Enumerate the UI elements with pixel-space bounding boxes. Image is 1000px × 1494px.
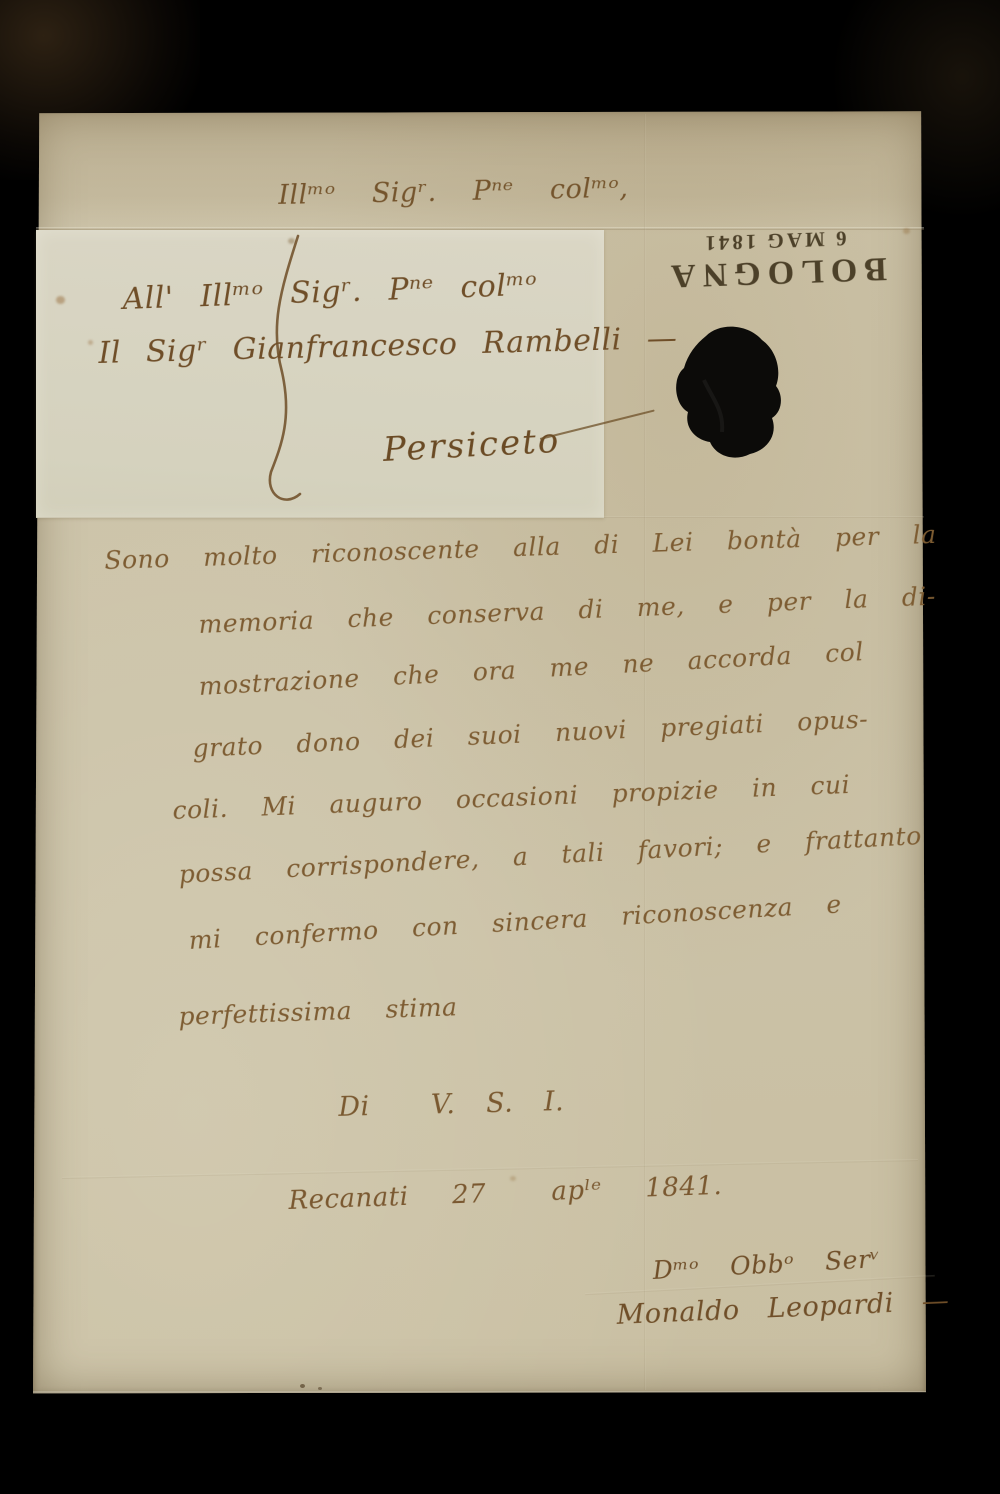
wax-seal-blob	[676, 327, 781, 458]
postmark-city: BOLOGNA	[652, 250, 898, 294]
wax-seal	[664, 320, 786, 462]
valediction-line: Di V. S. I.	[338, 1086, 564, 1123]
letter-photograph: { "meta": { "description": "Photograph o…	[0, 0, 1000, 1494]
bologna-postmark-stamp: BOLOGNA 6 MAG 1841	[650, 194, 898, 294]
